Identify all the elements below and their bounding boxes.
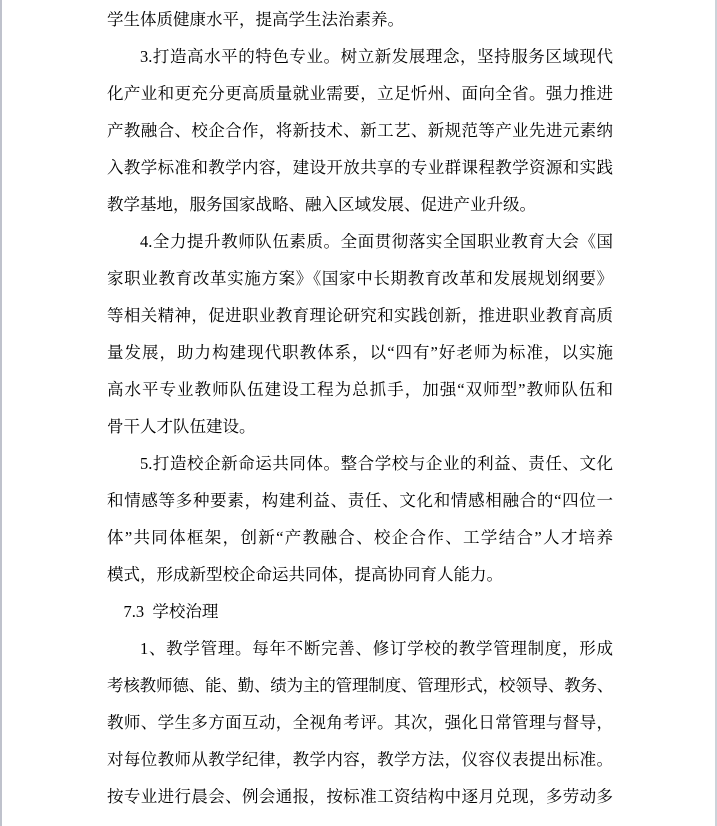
paragraph: 学生体质健康水平，提高学生法治素养。 <box>107 1 613 38</box>
text-line: 高水平专业教师队伍建设工程为总抓手，加强“双师型”教师队伍和 <box>107 371 613 408</box>
text-line: 学生体质健康水平，提高学生法治素养。 <box>107 1 613 38</box>
text-line: 考核教师德、能、勤、绩为主的管理制度、管理形式，校领导、教务、 <box>107 667 613 704</box>
text-line: 量发展，助力构建现代职教体系，以“四有”好老师为标准，以实施 <box>107 334 613 371</box>
text-line: 和情感等多种要素，构建利益、责任、文化和情感相融合的“四位一 <box>107 482 613 519</box>
text-line: 模式，形成新型校企命运共同体，提高协同育人能力。 <box>107 556 613 593</box>
text-line: 骨干人才队伍建设。 <box>107 408 613 445</box>
text-line: 对每位教师从教学纪律，教学内容，教学方法，仪容仪表提出标准。 <box>107 741 613 778</box>
document-text: 学生体质健康水平，提高学生法治素养。 3.打造高水平的特色专业。树立新发展理念，… <box>107 1 613 815</box>
text-line: 教学基地，服务国家战略、融入区域发展、促进产业升级。 <box>107 186 613 223</box>
paragraph: 3.打造高水平的特色专业。树立新发展理念，坚持服务区域现代 化产业和更充分更高质… <box>107 38 613 223</box>
text-line: 3.打造高水平的特色专业。树立新发展理念，坚持服务区域现代 <box>107 38 613 75</box>
document-page: 学生体质健康水平，提高学生法治素养。 3.打造高水平的特色专业。树立新发展理念，… <box>0 0 717 826</box>
section-heading: 7.3 学校治理 <box>107 593 613 630</box>
text-line: 产教融合、校企合作，将新技术、新工艺、新规范等产业先进元素纳 <box>107 112 613 149</box>
text-line: 4.全力提升教师队伍素质。全面贯彻落实全国职业教育大会《国 <box>107 223 613 260</box>
paragraph: 1、教学管理。每年不断完善、修订学校的教学管理制度，形成 考核教师德、能、勤、绩… <box>107 630 613 815</box>
text-line: 入教学标准和教学内容，建设开放共享的专业群课程教学资源和实践 <box>107 149 613 186</box>
text-line: 5.打造校企新命运共同体。整合学校与企业的利益、责任、文化 <box>107 445 613 482</box>
section: 7.3 学校治理 <box>107 593 613 630</box>
text-line: 等相关精神，促进职业教育理论研究和实践创新，推进职业教育高质 <box>107 297 613 334</box>
text-line: 按专业进行晨会、例会通报，按标准工资结构中逐月兑现，多劳动多 <box>107 778 613 815</box>
paragraph: 4.全力提升教师队伍素质。全面贯彻落实全国职业教育大会《国 家职业教育改革实施方… <box>107 223 613 445</box>
text-line: 体”共同体框架，创新“产教融合、校企合作、工学结合”人才培养 <box>107 519 613 556</box>
text-line: 家职业教育改革实施方案》《国家中长期教育改革和发展规划纲要》 <box>107 260 613 297</box>
text-line: 1、教学管理。每年不断完善、修订学校的教学管理制度，形成 <box>107 630 613 667</box>
text-line: 化产业和更充分更高质量就业需要，立足忻州、面向全省。强力推进 <box>107 75 613 112</box>
text-line: 教师、学生多方面互动，全视角考评。其次，强化日常管理与督导， <box>107 704 613 741</box>
paragraph: 5.打造校企新命运共同体。整合学校与企业的利益、责任、文化 和情感等多种要素，构… <box>107 445 613 593</box>
